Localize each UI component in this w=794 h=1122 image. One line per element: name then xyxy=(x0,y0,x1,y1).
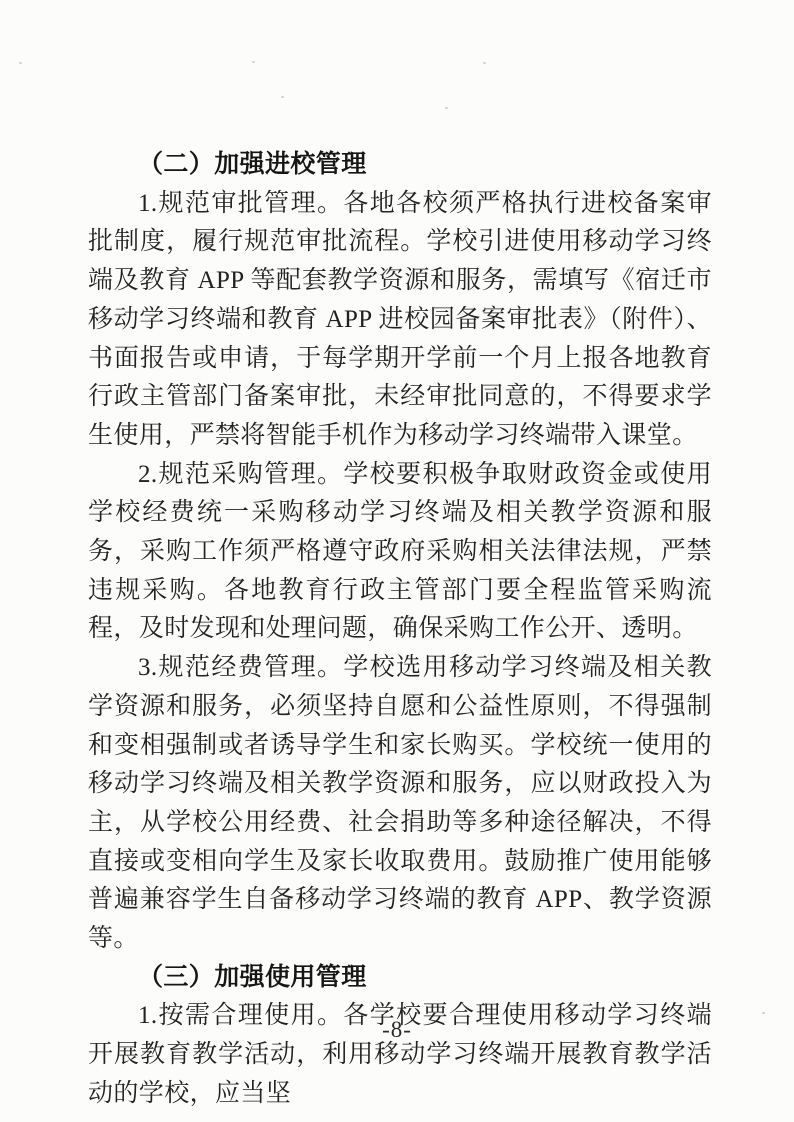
document-body: （二）加强进校管理 1.规范审批管理。各地各校须严格执行进校备案审批制度，履行规… xyxy=(88,146,712,1114)
page-number: -8- xyxy=(0,1017,794,1043)
scan-artifact xyxy=(281,96,284,98)
document-page: （二）加强进校管理 1.规范审批管理。各地各校须严格执行进校备案审批制度，履行规… xyxy=(0,0,794,1122)
section-heading-usage-management: （三）加强使用管理 xyxy=(88,959,712,998)
scan-artifact xyxy=(445,107,448,109)
scan-artifact xyxy=(483,62,486,64)
paragraph-approval-management: 1.规范审批管理。各地各校须严格执行进校备案审批制度，履行规范审批流程。学校引进… xyxy=(88,185,712,456)
section-heading-school-entry-management: （二）加强进校管理 xyxy=(88,146,712,185)
paragraph-reasonable-use: 1.按需合理使用。各学校要合理使用移动学习终端开展教育教学活动，利用移动学习终端… xyxy=(88,997,712,1113)
scan-artifact xyxy=(19,62,22,64)
paragraph-procurement-management: 2.规范采购管理。学校要积极争取财政资金或使用学校经费统一采购移动学习终端及相关… xyxy=(88,456,712,650)
scan-artifact xyxy=(762,1012,765,1014)
scan-artifact xyxy=(252,61,255,63)
paragraph-funding-management: 3.规范经费管理。学校选用移动学习终端及相关教学资源和服务，必须坚持自愿和公益性… xyxy=(88,649,712,959)
